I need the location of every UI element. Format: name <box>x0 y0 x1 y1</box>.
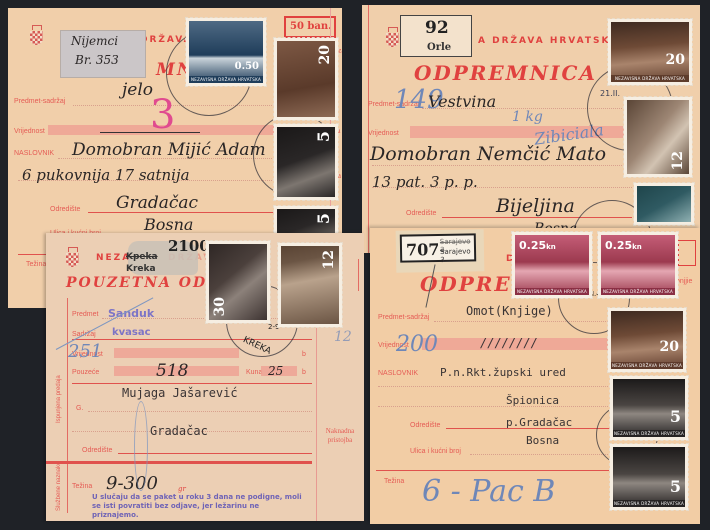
weight-unit: gr <box>178 485 186 493</box>
postage-stamp: 20 <box>274 38 338 120</box>
typed-addressee: P.n.Rkt.župski ured <box>440 366 566 379</box>
stamp-legend: NEZAVISNA DRŽAVA HRVATSKA <box>613 430 685 437</box>
field-label-naslovnik: NASLOVNIK <box>14 150 54 157</box>
stamp-unit: kn <box>546 243 556 251</box>
label-note-line1: Nijemci <box>71 34 118 48</box>
handwritten-region: Bosna <box>144 215 193 234</box>
blue-stroke <box>56 297 154 350</box>
stamp-legend: NEZAVISNA DRŽAVA HRVATSKA <box>611 362 683 369</box>
section-divider <box>46 461 312 464</box>
field-label-b: b <box>302 369 306 376</box>
fee-box: 50 ban. <box>284 16 336 38</box>
postage-stamp: 5 NEZAVISNA DRŽAVA HRVATSKA <box>610 376 688 440</box>
registration-label: 92 Orle <box>400 15 472 57</box>
stamp-unit: kn <box>632 243 642 251</box>
field-label-odrediste: Odredište <box>406 210 436 217</box>
field-label-tezina: Težina <box>72 483 92 490</box>
typed-contents: Omot(Knjige) <box>466 304 553 318</box>
stamp-value: 5 <box>314 131 333 142</box>
postage-stamp: 12 <box>278 243 342 327</box>
typed-addressee: Mujaga Jašarević <box>122 386 238 400</box>
dotted-line <box>88 411 312 412</box>
left-rule <box>67 298 68 513</box>
stamp-value: 5 <box>670 407 681 426</box>
margin-rule <box>368 5 369 253</box>
handwritten-kuna: 25 <box>268 364 283 378</box>
attached-paper-label: Nijemci Br. 353 <box>60 30 146 78</box>
typed-place: Špionica <box>506 394 559 407</box>
dotted-line <box>470 454 620 455</box>
fee-box-label: 50 ban. <box>290 21 332 32</box>
fee-box <box>678 240 696 266</box>
label-place: Orle <box>427 42 451 53</box>
field-label-kuna: Kuna <box>246 369 262 376</box>
stamp-legend: NEZAVISNA DRŽAVA HRVATSKA <box>189 76 263 83</box>
field-label-naslovnik: NASLOVNIK <box>378 370 418 377</box>
postage-stamp: 20 NEZAVISNA DRŽAVA HRVATSKA <box>608 308 686 372</box>
postage-stamp: 0.25kn NEZAVISNA DRŽAVA HRVATSKA <box>598 232 678 298</box>
bracket-rule <box>358 259 359 291</box>
handwritten-value-note: 200 <box>396 332 438 357</box>
stamp-value: 20 <box>317 45 333 64</box>
notice-text: U slučaju da se paket u roku 3 dana ne p… <box>92 493 302 520</box>
handwritten-margin-note: 12 <box>334 329 352 345</box>
handwritten-unit: 6 pukovnija 17 satnija <box>22 166 190 184</box>
postage-stamp: 12 <box>624 97 692 177</box>
postmark-date: 21.II. <box>600 89 620 98</box>
blue-loop-stroke <box>134 401 148 491</box>
stamp-value: 12 <box>670 151 686 170</box>
field-label-predmet: Predmet <box>72 311 98 318</box>
handwritten-weight-note: 1 kg <box>512 109 543 125</box>
field-label-b: b <box>302 351 306 358</box>
solid-line <box>376 470 626 471</box>
dotted-line <box>372 165 632 166</box>
stamp-value: 5 <box>314 213 333 224</box>
parcel-card-bottom-right: 707 Sarajevo 3 Sarajevo 3 DR ODPRE Predm… <box>370 228 700 524</box>
handwritten-city: Bijeljina <box>496 195 575 217</box>
coat-of-arms-icon <box>30 25 44 45</box>
handwritten-strike <box>100 132 200 133</box>
stamp-legend: NEZAVISNA DRŽAVA HRVATSKA <box>601 288 675 295</box>
postage-stamp: 30 <box>206 241 270 323</box>
postage-stamp: 20 NEZAVISNA DRŽAVA HRVATSKA <box>608 19 692 85</box>
typed-post: p.Gradačac <box>506 416 572 429</box>
dotted-line <box>378 386 618 387</box>
handwritten-addressee: Domobran Nemčić Mato <box>370 143 606 165</box>
card-title: ODPREMNICA <box>414 61 597 85</box>
handwritten-value-note: 251 <box>68 341 102 362</box>
handwritten-contents: jelo <box>122 80 153 100</box>
postage-stamp: 0.25kn NEZAVISNA DRŽAVA HRVATSKA <box>512 232 592 298</box>
field-label-predmet: Predmet-sadržaj <box>378 314 429 321</box>
postage-stamp <box>634 183 694 225</box>
handwritten-addressee: Domobran Mijić Adam <box>72 140 266 160</box>
postage-stamp: 0.50 NEZAVISNA DRŽAVA HRVATSKA <box>186 18 266 86</box>
stamp-value: 12 <box>321 250 337 269</box>
field-label-tezina: Težina <box>26 261 46 268</box>
stamp-value: 0.25 <box>605 239 632 252</box>
typed-region: Bosna <box>526 434 559 447</box>
handwritten-weight: 6 - Pac B <box>422 474 555 509</box>
dotted-line <box>378 406 618 407</box>
field-label-ulica: Ulica i kućni broj <box>410 448 461 455</box>
postage-stamp: 5 NEZAVISNA DRŽAVA HRVATSKA <box>610 444 688 510</box>
label-number: 92 <box>425 18 449 38</box>
field-label-predmet: Predmet-sadržaj <box>14 98 65 105</box>
label-number: 2100 <box>168 237 210 255</box>
stamp-legend: NEZAVISNA DRŽAVA HRVATSKA <box>515 288 589 295</box>
handwritten-pouzece: 518 <box>156 361 188 381</box>
postage-stamp: 5 <box>274 124 338 200</box>
stamp-value: 20 <box>660 339 679 355</box>
coat-of-arms-icon <box>386 27 400 47</box>
parcel-card-bottom-left: NEZA DRŽAV 2100 Kpeka Kreka POUZETNA ODP… <box>46 233 364 521</box>
field-label-vrijednost: Vrijednost <box>14 128 45 135</box>
parcel-card-top-right: 92 Orle A DRŽAVA HRVATSKA ODPREMNICA Pre… <box>362 5 700 253</box>
state-header: A DRŽAVA HRVATSKA <box>478 36 619 46</box>
right-rule <box>316 293 317 521</box>
dotted-line <box>73 105 278 106</box>
field-label-odrediste: Odredište <box>82 447 112 454</box>
stamp-value: 0.25 <box>519 239 546 252</box>
handwritten-city: Gradačac <box>116 193 198 213</box>
field-label-pouzece: Pouzeće <box>72 369 99 376</box>
card-title: ODPRE <box>420 272 512 296</box>
handwritten-weight: 9-300 <box>106 473 158 494</box>
typed-city: Gradačac <box>150 424 208 438</box>
margin-label: onjjie <box>676 278 692 285</box>
solid-line <box>72 383 312 384</box>
field-label-odrediste: Odredište <box>50 206 80 213</box>
handwritten-contents: Vestvina <box>428 92 496 111</box>
field-label-g: G. <box>76 405 83 412</box>
field-label-odrediste: Odredište <box>410 422 440 429</box>
label-number: 707 <box>406 240 440 260</box>
stamp-legend: NEZAVISNA DRŽAVA HRVATSKA <box>613 500 685 507</box>
field-label-naknadna: Naknadna pristojba <box>322 427 358 445</box>
card-title: POUZETNA ODP <box>66 275 220 291</box>
label-place-struck: Kpeka <box>126 252 158 262</box>
stamp-legend: NEZAVISNA DRŽAVA HRVATSKA <box>611 75 689 82</box>
stamp-value: 5 <box>670 477 681 496</box>
stamped-sadrzaj: kvasac <box>112 327 151 338</box>
stamp-value: 20 <box>666 52 685 68</box>
stamp-value: 30 <box>212 297 228 316</box>
side-label-top: Ispunjena predaja <box>56 375 62 423</box>
field-label-tezina: Težina <box>384 478 404 485</box>
registration-label: 707 Sarajevo 3 Sarajevo 3 <box>400 233 476 262</box>
label-note-line2: Br. 353 <box>75 53 119 67</box>
label-place: Kreka <box>126 264 156 274</box>
coat-of-arms-icon <box>66 247 80 267</box>
value-band <box>114 348 239 358</box>
field-label-vrijednost: Vrijednost <box>368 130 399 137</box>
typed-value-marks: //////// <box>480 336 538 350</box>
label-place: Sarajevo 3 <box>440 247 474 264</box>
side-label-bottom: Službene naznake <box>56 462 62 511</box>
stamp-value: 0.50 <box>235 61 259 72</box>
handwritten-unit: 13 pat. 3 p. p. <box>372 173 478 191</box>
